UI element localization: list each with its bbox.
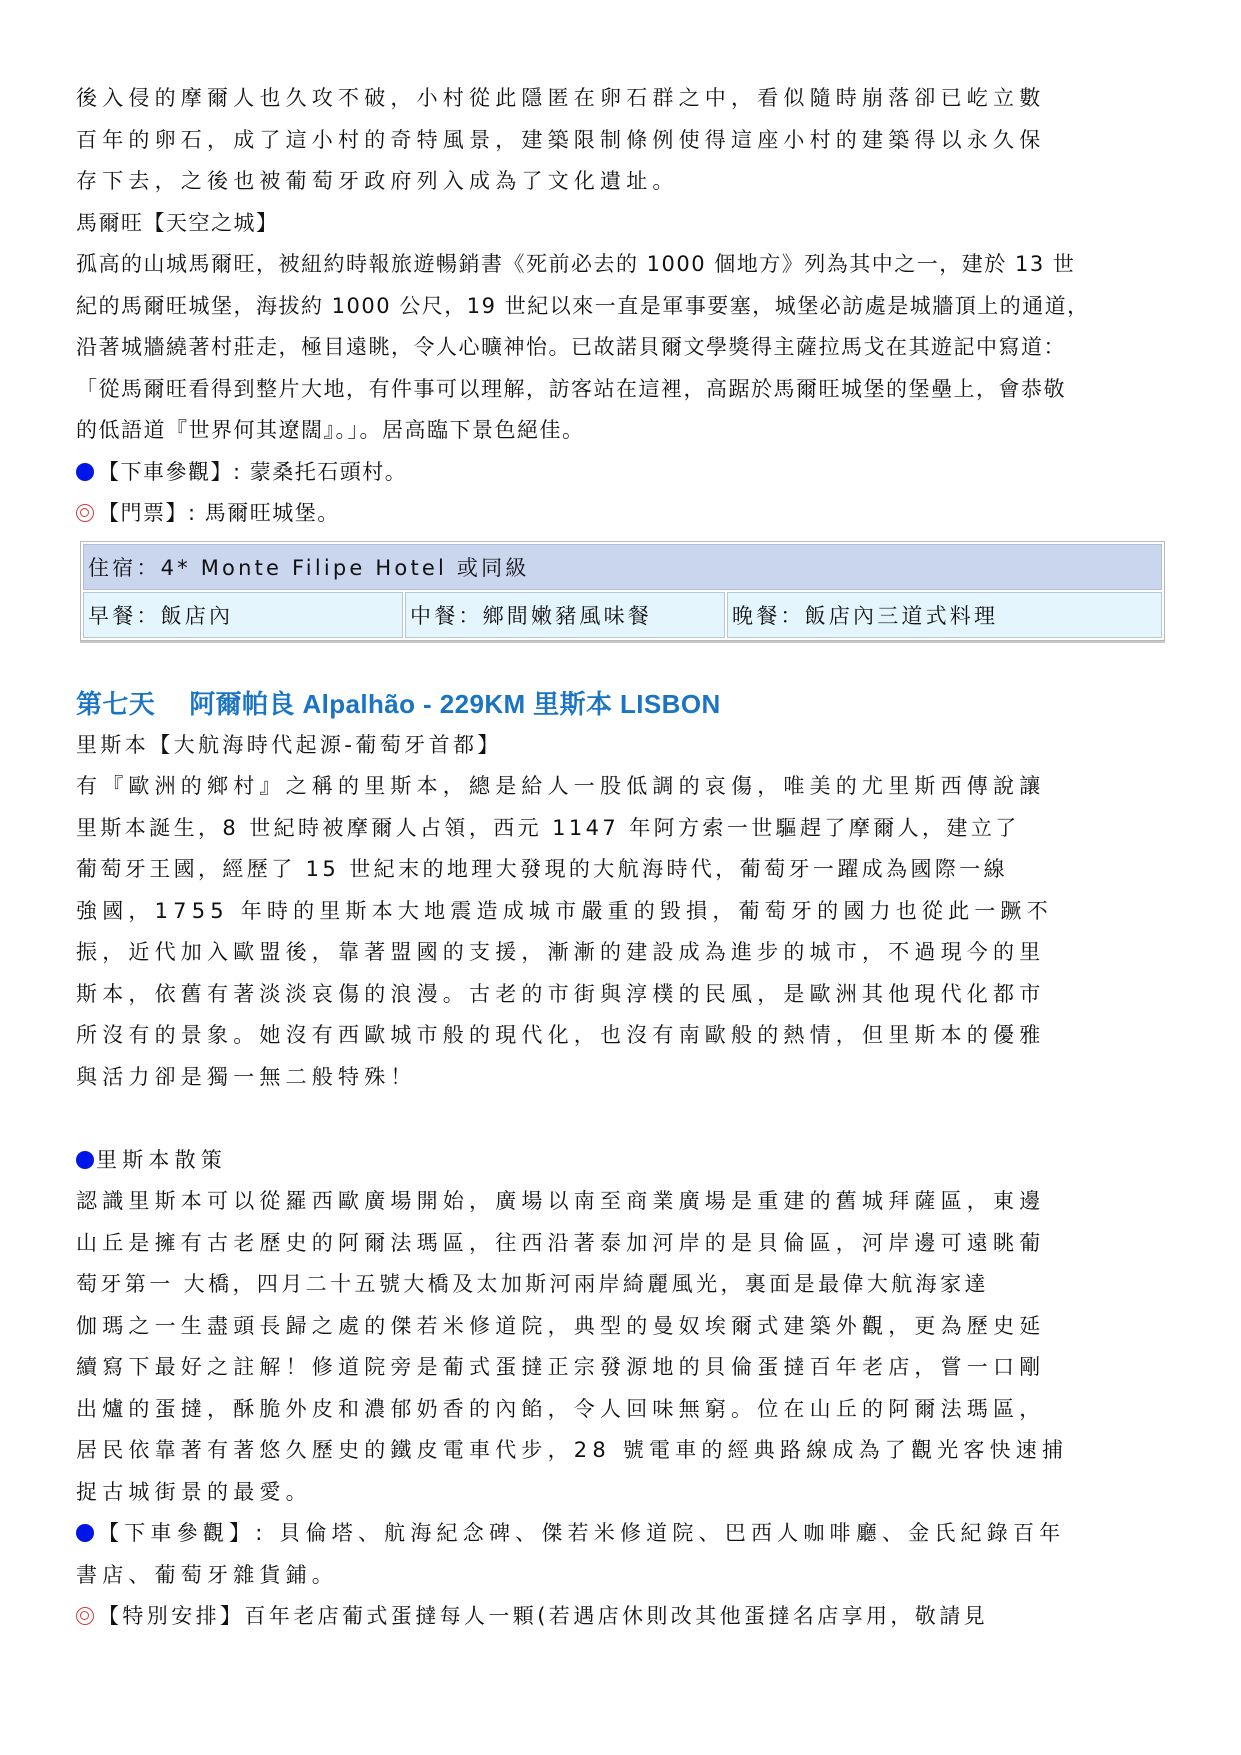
- breakfast-cell: 早餐：飯店內: [83, 592, 403, 638]
- ticket-text: 【門票】: 馬爾旺城堡。: [98, 501, 340, 525]
- paragraph-line: 捉古城街景的最愛。: [76, 1472, 1166, 1514]
- marvao-subheading: 馬爾旺【天空之城】: [76, 203, 1166, 245]
- ticket-item: 【門票】: 馬爾旺城堡。: [76, 493, 1166, 535]
- paragraph-line: 里斯本誕生，8 世紀時被摩爾人占領，西元 1147 年阿方索一世驅趕了摩爾人，建…: [76, 808, 1166, 850]
- lisbon-subheading: 里斯本【大航海時代起源-葡萄牙首都】: [76, 725, 1166, 767]
- sightseeing-item: 【下車參觀】: 貝倫塔、航海紀念碑、傑若米修道院、巴西人咖啡廳、金氏紀錄百年: [76, 1513, 1166, 1555]
- blank-line: [76, 1098, 1166, 1140]
- lunch-cell: 中餐：鄉間嫩豬風味餐: [405, 592, 725, 638]
- paragraph-line: 的低語道『世界何其遼闊』。」。居高臨下景色絕佳。: [76, 410, 1166, 452]
- double-circle-bullet-icon: [76, 1607, 94, 1625]
- paragraph-line: 所沒有的景象。她沒有西歐城市般的現代化，也沒有南歐般的熱情，但里斯本的優雅: [76, 1015, 1166, 1057]
- paragraph-line: 強國，1755 年時的里斯本大地震造成城市嚴重的毀損，葡萄牙的國力也從此一蹶不: [76, 891, 1166, 933]
- sightseeing-continuation: 書店、葡萄牙雜貨鋪。: [76, 1555, 1166, 1597]
- meals-row: 早餐：飯店內 中餐：鄉間嫩豬風味餐 晚餐：飯店內三道式料理: [83, 592, 1162, 638]
- sightseeing-item: 【下車參觀】: 蒙桑托石頭村。: [76, 452, 1166, 494]
- blue-dot-bullet-icon: [76, 463, 94, 481]
- paragraph-line: 伽瑪之一生盡頭長歸之處的傑若米修道院，典型的曼奴埃爾式建築外觀，更為歷史延: [76, 1306, 1166, 1348]
- paragraph-line: 斯本，依舊有著淡淡哀傷的浪漫。古老的市街與淳樸的民風，是歐洲其他現代化都市: [76, 974, 1166, 1016]
- double-circle-bullet-icon: [76, 504, 94, 522]
- blue-dot-bullet-icon: [76, 1151, 94, 1169]
- accommodation-row: 住宿：4* Monte Filipe Hotel 或同級: [83, 544, 1162, 590]
- paragraph-line: 與活力卻是獨一無二般特殊！: [76, 1057, 1166, 1099]
- document-page: 後入侵的摩爾人也久攻不破，小村從此隱匿在卵石群之中，看似隨時崩落卻已屹立數 百年…: [76, 78, 1166, 1638]
- paragraph-line: 認識里斯本可以從羅西歐廣場開始，廣場以南至商業廣場是重建的舊城拜薩區，東邊: [76, 1181, 1166, 1223]
- paragraph-line: 有『歐洲的鄉村』之稱的里斯本，總是給人一股低調的哀傷，唯美的尤里斯西傳說讓: [76, 766, 1166, 808]
- walk-heading-text: 里斯本散策: [96, 1148, 227, 1172]
- paragraph-line: 存下去，之後也被葡萄牙政府列入成為了文化遺址。: [76, 161, 1166, 203]
- paragraph-line: 居民依靠著有著悠久歷史的鐵皮電車代步，28 號電車的經典路線成為了觀光客快速捕: [76, 1430, 1166, 1472]
- paragraph-line: 「從馬爾旺看得到整片大地，有件事可以理解，訪客站在這裡，高踞於馬爾旺城堡的堡壘上…: [76, 369, 1166, 411]
- dinner-cell: 晚餐：飯店內三道式料理: [727, 592, 1162, 638]
- accommodation-meals-table: 住宿：4* Monte Filipe Hotel 或同級 早餐：飯店內 中餐：鄉…: [80, 541, 1165, 641]
- paragraph-line: 振，近代加入歐盟後，靠著盟國的支援，漸漸的建設成為進步的城市，不過現今的里: [76, 932, 1166, 974]
- paragraph-line: 續寫下最好之註解！修道院旁是葡式蛋撻正宗發源地的貝倫蛋撻百年老店，嘗一口剛: [76, 1347, 1166, 1389]
- paragraph-line: 紀的馬爾旺城堡，海拔約 1000 公尺，19 世紀以來一直是軍事要塞，城堡必訪處…: [76, 286, 1166, 328]
- paragraph-line: 後入侵的摩爾人也久攻不破，小村從此隱匿在卵石群之中，看似隨時崩落卻已屹立數: [76, 78, 1166, 120]
- accommodation-cell: 住宿：4* Monte Filipe Hotel 或同級: [83, 544, 1162, 590]
- paragraph-line: 出爐的蛋撻，酥脆外皮和濃郁奶香的內餡，令人回味無窮。位在山丘的阿爾法瑪區，: [76, 1389, 1166, 1431]
- walk-heading: 里斯本散策: [76, 1140, 1166, 1182]
- special-arrangement-text: 【特別安排】百年老店葡式蛋撻每人一顆(若遇店休則改其他蛋撻名店享用，敬請見: [98, 1604, 988, 1628]
- paragraph-line: 萄牙第一 大橋，四月二十五號大橋及太加斯河兩岸綺麗風光，裏面是最偉大航海家達: [76, 1264, 1166, 1306]
- blue-dot-bullet-icon: [76, 1524, 94, 1542]
- sightseeing-text: 【下車參觀】: 貝倫塔、航海紀念碑、傑若米修道院、巴西人咖啡廳、金氏紀錄百年: [98, 1521, 1065, 1545]
- paragraph-line: 葡萄牙王國，經歷了 15 世紀末的地理大發現的大航海時代，葡萄牙一躍成為國際一線: [76, 849, 1166, 891]
- sightseeing-text: 【下車參觀】: 蒙桑托石頭村。: [98, 460, 407, 484]
- paragraph-line: 山丘是擁有古老歷史的阿爾法瑪區，往西沿著泰加河岸的是貝倫區，河岸邊可遠眺葡: [76, 1223, 1166, 1265]
- paragraph-line: 沿著城牆繞著村莊走，極目遠眺，令人心曠神怡。已故諾貝爾文學獎得主薩拉馬戈在其遊記…: [76, 327, 1166, 369]
- day-seven-heading: 第七天 阿爾帕良 Alpalhão - 229KM 里斯本 LISBON: [76, 683, 1166, 725]
- special-arrangement-item: 【特別安排】百年老店葡式蛋撻每人一顆(若遇店休則改其他蛋撻名店享用，敬請見: [76, 1596, 1166, 1638]
- paragraph-line: 百年的卵石，成了這小村的奇特風景，建築限制條例使得這座小村的建築得以永久保: [76, 120, 1166, 162]
- paragraph-line: 孤高的山城馬爾旺，被紐約時報旅遊暢銷書《死前必去的 1000 個地方》列為其中之…: [76, 244, 1166, 286]
